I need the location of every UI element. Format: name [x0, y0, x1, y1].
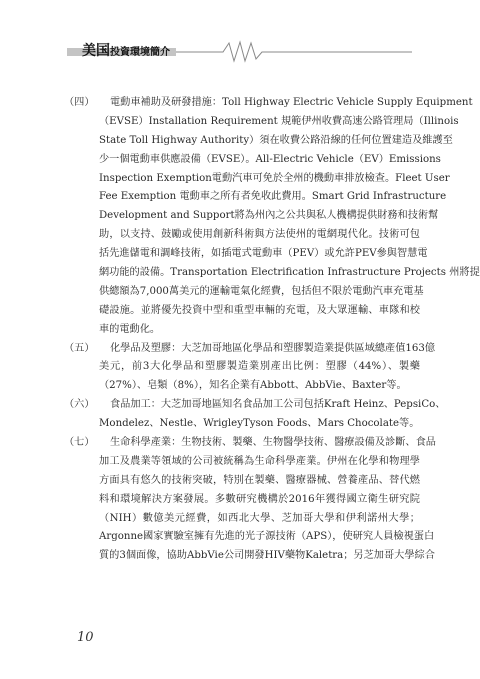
text-line: Inspection Exemption電動汽車可免於全州的機動車排放檢查。Fl…	[79, 170, 420, 189]
section-item: （七）生命科學產業：生物技術、製藥、生物醫學技術、醫療設備及診斷、食品加工及農業…	[79, 434, 420, 566]
section-item: （五）化學品及塑膠：大芝加哥地區化學品和塑膠製造業提供區域總產值163億美元，前…	[79, 340, 420, 397]
text-line: 電動車補助及研發措施：Toll Highway Electric Vehicle…	[79, 94, 420, 113]
text-line: 料和環境解決方案發展。多數研究機構於2016年獲得國立衛生研究院	[79, 491, 420, 510]
section-label: （六）	[64, 396, 95, 415]
text-line: 方面具有悠久的技術突破，特別在製藥、醫療器械、營養產品、替代燃	[79, 472, 420, 491]
text-line: 美元，前3大化學品和塑膠製造業別產出比例：塑膠（44%）、製藥	[79, 358, 420, 377]
running-header: 美国投資環境簡介	[0, 0, 480, 80]
document-body: （四）電動車補助及研發措施：Toll Highway Electric Vehi…	[79, 94, 420, 566]
text-line: 供總額為7,000萬美元的運輸電氣化經費，包括但不限於電動汽車充電基	[79, 283, 420, 302]
section-label: （四）	[64, 94, 95, 113]
section-item: （四）電動車補助及研發措施：Toll Highway Electric Vehi…	[79, 94, 420, 340]
text-line: Mondelez、Nestle、WrigleyTyson Foods、Mars …	[79, 415, 420, 434]
text-line: 網功能的設備。Transportation Electrification In…	[79, 264, 420, 283]
section-label: （五）	[64, 340, 95, 359]
text-line: 括先進儲電和調峰技術，如插電式電動車（PEV）或允許PEV參與智慧電	[79, 245, 420, 264]
text-line: 食品加工：大芝加哥地區知名食品加工公司包括Kraft Heinz、PepsiCo…	[79, 396, 420, 415]
text-line: Fee Exemption 電動車之所有者免收此費用。Smart Grid In…	[79, 188, 420, 207]
text-line: 車的電動化。	[79, 321, 420, 340]
text-line: 少一個電動車供應設備（EVSE）。All-Electric Vehicle（EV…	[79, 151, 420, 170]
text-line: （NIH）數億美元經費，如西北大學、芝加哥大學和伊利諾州大學；	[79, 510, 420, 529]
text-line: 生命科學產業：生物技術、製藥、生物醫學技術、醫療設備及診斷、食品	[79, 434, 420, 453]
text-line: Development and Support將為州內之公共與私人機構提供財務和…	[79, 207, 420, 226]
header-zigzag-line-icon	[0, 0, 480, 80]
text-line: 加工及農業等領域的公司被統稱為生命科學產業。伊州在化學和物理學	[79, 453, 420, 472]
text-line: （EVSE）Installation Requirement 規範伊州收費高速公…	[79, 113, 420, 132]
text-line: 助，以支持、鼓勵或使用創新科術與方法使州的電網現代化。技術可包	[79, 226, 420, 245]
page-number: 10	[77, 630, 94, 645]
text-line: 化學品及塑膠：大芝加哥地區化學品和塑膠製造業提供區域總產值163億	[79, 340, 420, 359]
section-item: （六）食品加工：大芝加哥地區知名食品加工公司包括Kraft Heinz、Peps…	[79, 396, 420, 434]
section-label: （七）	[64, 434, 95, 453]
text-line: Argonne國家實驗室擁有先進的光子源技術（APS），使研究人員檢視蛋白	[79, 528, 420, 547]
text-line: （27%）、皂類（8%），知名企業有Abbott、AbbVie、Baxter等。	[79, 377, 420, 396]
text-line: State Toll Highway Authority）須在收費公路沿線的任何…	[79, 132, 420, 151]
text-line: 質的3個面像，協助AbbVie公司開發HIV藥物Kaletra；另芝加哥大學綜合	[79, 547, 420, 566]
text-line: 礎設施。並將優先投資中型和重型車輛的充電，及大眾運輸、車隊和校	[79, 302, 420, 321]
